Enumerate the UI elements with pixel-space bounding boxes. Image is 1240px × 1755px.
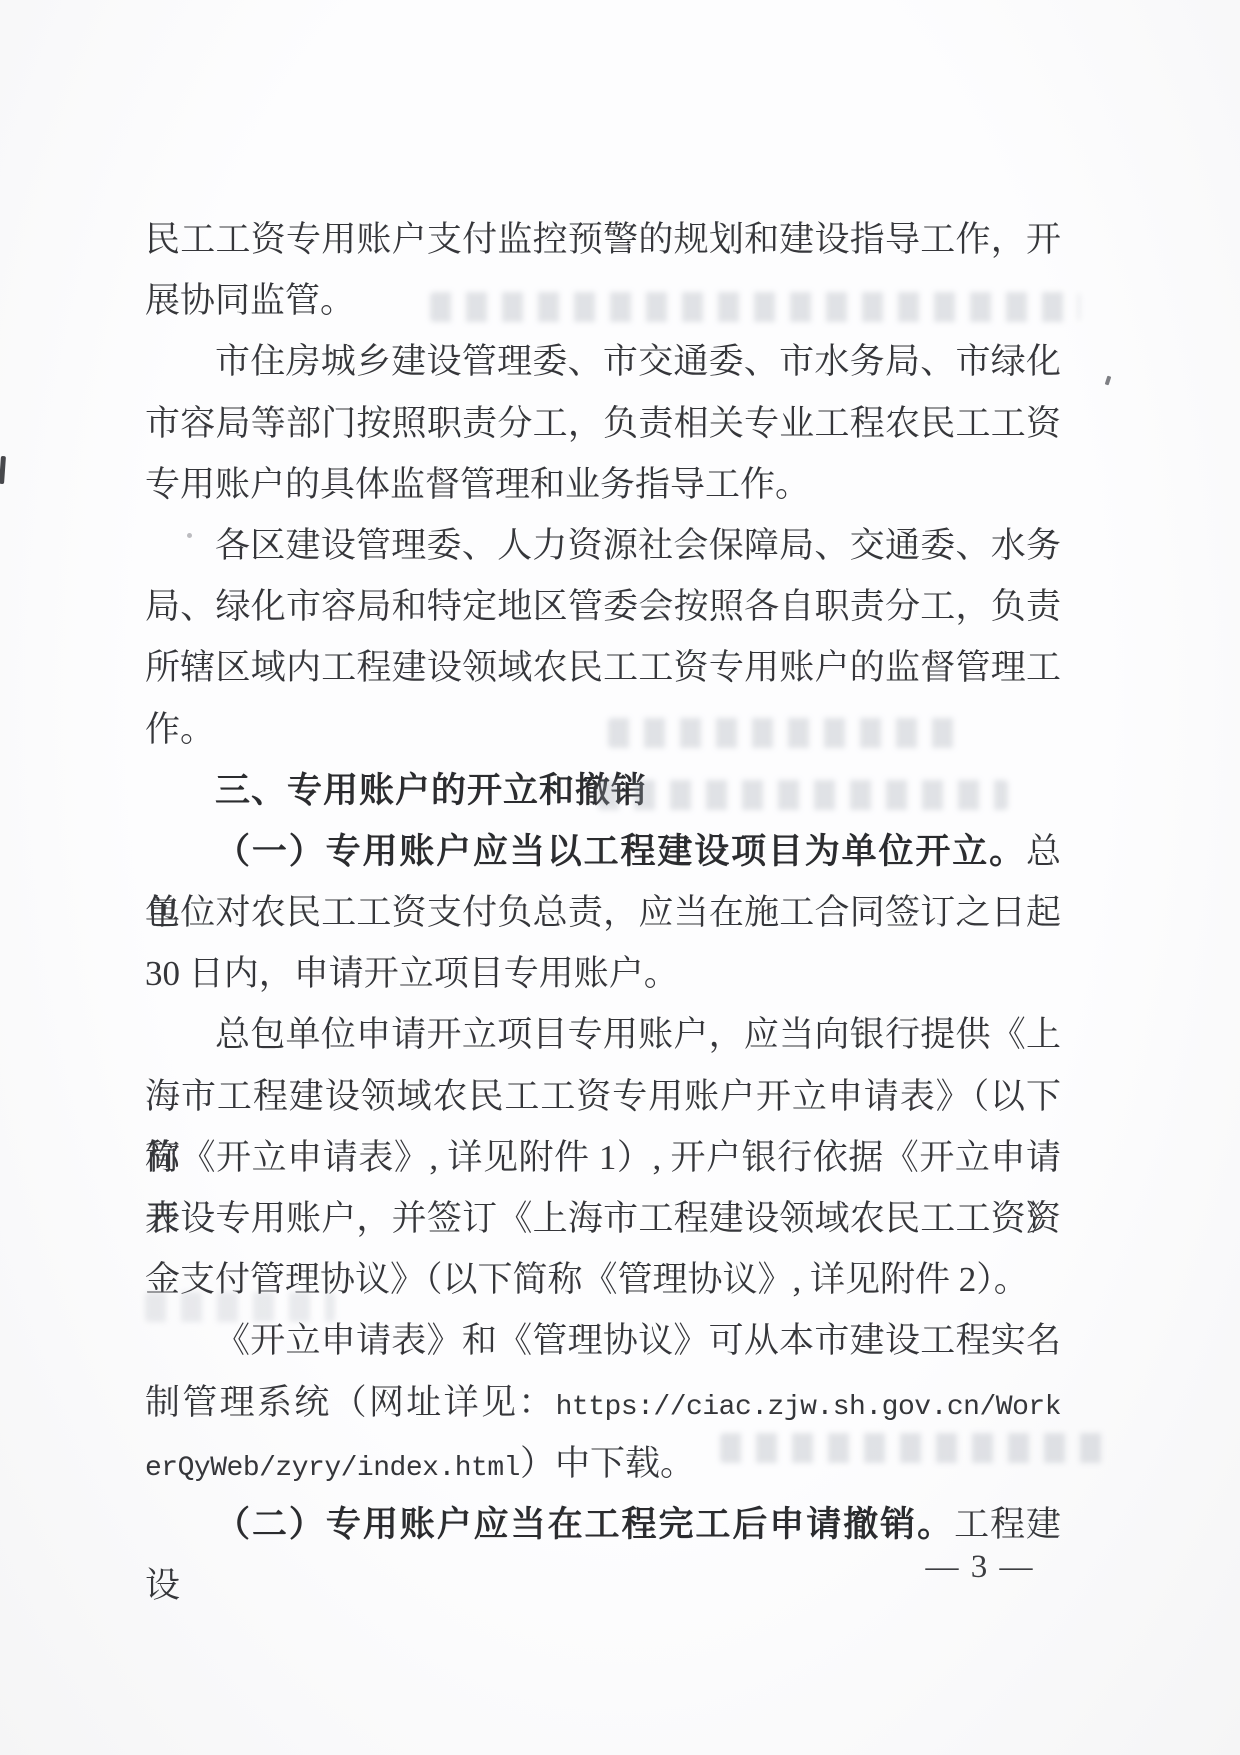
- text-line: 各区建设管理委、人力资源社会保障局、交通委、水务: [145, 515, 1061, 576]
- scan-speck: [187, 533, 192, 538]
- text-run: 局、绿化市容局和特定地区管委会按照各自职责分工，负责: [145, 587, 1061, 626]
- text-run: 民工工资专用账户支付监控预警的规划和建设指导工作，开: [145, 220, 1061, 259]
- text-run: 市容局等部门按照职责分工，负责相关专业工程农民工工资: [145, 404, 1061, 443]
- scan-edge-ink-mark: [0, 456, 6, 484]
- text-run: 所辖区域内工程建设领域农民工工资专用账户的监督管理工: [145, 648, 1061, 687]
- text-line: 单位对农民工工资支付负总责，应当在施工合同签订之日起: [145, 882, 1061, 943]
- text-run: 专用账户的具体监督管理和业务指导工作。: [145, 465, 810, 504]
- text-run: 各区建设管理委、人力资源社会保障局、交通委、水务: [215, 526, 1061, 565]
- text-run: 金支付管理协议》（以下简称《管理协议》, 详见附件 2）。: [145, 1260, 1029, 1299]
- text-line: 开设专用账户，并签订《上海市工程建设领域农民工工资资: [145, 1188, 1061, 1249]
- section-heading-line: 三、专用账户的开立和撤销: [145, 760, 1061, 821]
- text-run: 开设专用账户，并签订《上海市工程建设领域农民工工资资: [145, 1199, 1061, 1238]
- text-line: 所辖区域内工程建设领域农民工工资专用账户的监督管理工: [145, 637, 1061, 698]
- page-number: — 3 —: [905, 1549, 1055, 1586]
- text-line: 局、绿化市容局和特定地区管委会按照各自职责分工，负责: [145, 576, 1061, 637]
- text-line: 民工工资专用账户支付监控预警的规划和建设指导工作，开: [145, 209, 1061, 270]
- text-line: （二）专用账户应当在工程完工后申请撤销。工程建设: [145, 1494, 1061, 1555]
- text-line: 市容局等部门按照职责分工，负责相关专业工程农民工工资: [145, 393, 1061, 454]
- scan-speck: [1105, 376, 1112, 386]
- text-run: 30 日内，申请开立项目专用账户。: [145, 954, 679, 993]
- text-line: 作。: [145, 699, 1061, 760]
- text-line: 市住房城乡建设管理委、市交通委、市水务局、市绿化: [145, 331, 1061, 392]
- text-line: 海市工程建设领域农民工工资专用账户开立申请表》（以下简: [145, 1066, 1061, 1127]
- text-run: 单位对农民工工资支付负总责，应当在施工合同签订之日起: [145, 893, 1061, 932]
- heading-run: 三、专用账户的开立和撤销: [215, 771, 647, 810]
- text-run: 总包单位申请开立项目专用账户，应当向银行提供《上: [215, 1015, 1061, 1054]
- text-line: 总包单位申请开立项目专用账户，应当向银行提供《上: [145, 1004, 1061, 1065]
- text-line: 制管理系统（网址详见：https://ciac.zjw.sh.gov.cn/Wo…: [145, 1372, 1061, 1433]
- document-body-text: 民工工资专用账户支付监控预警的规划和建设指导工作，开 展协同监管。 市住房城乡建…: [145, 209, 1061, 1555]
- text-run: 《开立申请表》和《管理协议》可从本市建设工程实名: [215, 1321, 1061, 1360]
- text-run: ）中下载。: [520, 1444, 695, 1483]
- heading-run: （一）专用账户应当以工程建设项目为单位开立。: [215, 832, 1026, 871]
- text-line: 《开立申请表》和《管理协议》可从本市建设工程实名: [145, 1310, 1061, 1371]
- text-run: 制管理系统（网址详见：: [145, 1383, 556, 1422]
- text-run: 作。: [145, 710, 215, 749]
- text-line: 金支付管理协议》（以下简称《管理协议》, 详见附件 2）。: [145, 1249, 1061, 1310]
- text-run: 展协同监管。: [145, 281, 355, 320]
- text-line: （一）专用账户应当以工程建设项目为单位开立。总包: [145, 821, 1061, 882]
- text-line: 称《开立申请表》, 详见附件 1）, 开户银行依据《开立申请表》: [145, 1127, 1061, 1188]
- text-run: 市住房城乡建设管理委、市交通委、市水务局、市绿化: [215, 342, 1061, 381]
- text-line: erQyWeb/zyry/index.html）中下载。: [145, 1433, 1061, 1494]
- text-line: 专用账户的具体监督管理和业务指导工作。: [145, 454, 1061, 515]
- url-text: erQyWeb/zyry/index.html: [145, 1453, 520, 1484]
- text-line: 展协同监管。: [145, 270, 1061, 331]
- heading-run: （二）专用账户应当在工程完工后申请撤销。: [215, 1505, 954, 1544]
- url-text: https://ciac.zjw.sh.gov.cn/Work: [556, 1392, 1061, 1423]
- text-line: 30 日内，申请开立项目专用账户。: [145, 943, 1061, 1004]
- scanned-document-page: 民工工资专用账户支付监控预警的规划和建设指导工作，开 展协同监管。 市住房城乡建…: [0, 0, 1240, 1755]
